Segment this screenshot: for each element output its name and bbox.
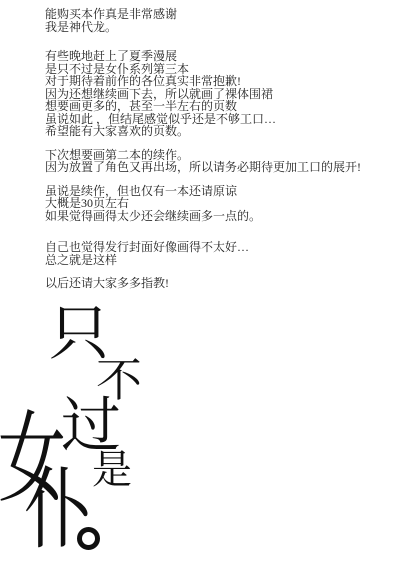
logo-char-guo: 过 xyxy=(61,396,121,456)
paragraph-greeting: 能购买本作真是非常感谢 我是神代龙。 xyxy=(45,8,385,33)
logo-char-shi: 是 xyxy=(92,450,132,490)
afterword-line: 如果觉得画得太少还会继续画多一点的。 xyxy=(45,210,385,223)
logo-char-zhi: 只 xyxy=(49,304,109,364)
afterword-line: 有些晚地赶上了夏季漫展 xyxy=(45,50,385,63)
afterword-page: 能购买本作真是非常感谢 我是神代龙。 有些晚地赶上了夏季漫展 是只不过是女仆系列… xyxy=(0,0,400,565)
afterword-line: 能购买本作真是非常感谢 xyxy=(45,8,385,21)
logo-char-bu: 不 xyxy=(96,358,142,404)
paragraph-closing: 以后还请大家多多指教! xyxy=(45,277,385,290)
afterword-line: 以后还请大家多多指教! xyxy=(45,277,385,290)
paragraph-about-book: 有些晚地赶上了夏季漫展 是只不过是女仆系列第三本 对于期待着前作的各位真实非常抱… xyxy=(45,50,385,138)
afterword-line: 自己也觉得发行封面好像画得不太好… xyxy=(45,241,385,254)
paragraph-sequel-note: 虽说是续作，但也仅有一本还请原谅 大概是30页左右 如果觉得画得太少还会继续画多… xyxy=(45,185,385,223)
afterword-line: 对于期待着前作的各位真实非常抱歉! xyxy=(45,75,385,88)
afterword-text-block: 能购买本作真是非常感谢 我是神代龙。 有些晚地赶上了夏季漫展 是只不过是女仆系列… xyxy=(45,8,385,290)
logo-period-icon xyxy=(77,527,100,550)
logo-char-nv: 女 xyxy=(0,410,66,509)
paragraph-cover-note: 自己也觉得发行封面好像画得不太好… 总之就是这样 xyxy=(45,241,385,266)
logo-char-pu: 仆 xyxy=(24,466,92,554)
afterword-line: 大概是30页左右 xyxy=(45,197,385,210)
afterword-line: 总之就是这样 xyxy=(45,254,385,267)
afterword-line: 我是神代龙。 xyxy=(45,21,385,34)
afterword-line: 希望能有大家喜欢的页数。 xyxy=(45,125,385,138)
paragraph-next-plans: 下次想要画第二本的续作。 因为放置了角色又再出场，所以请务必期待更加工口的展开! xyxy=(45,149,385,174)
afterword-line: 想要画更多的，甚至一半左右的页数 xyxy=(45,100,385,113)
afterword-line: 因为放置了角色又再出场，所以请务必期待更加工口的展开! xyxy=(45,161,385,174)
